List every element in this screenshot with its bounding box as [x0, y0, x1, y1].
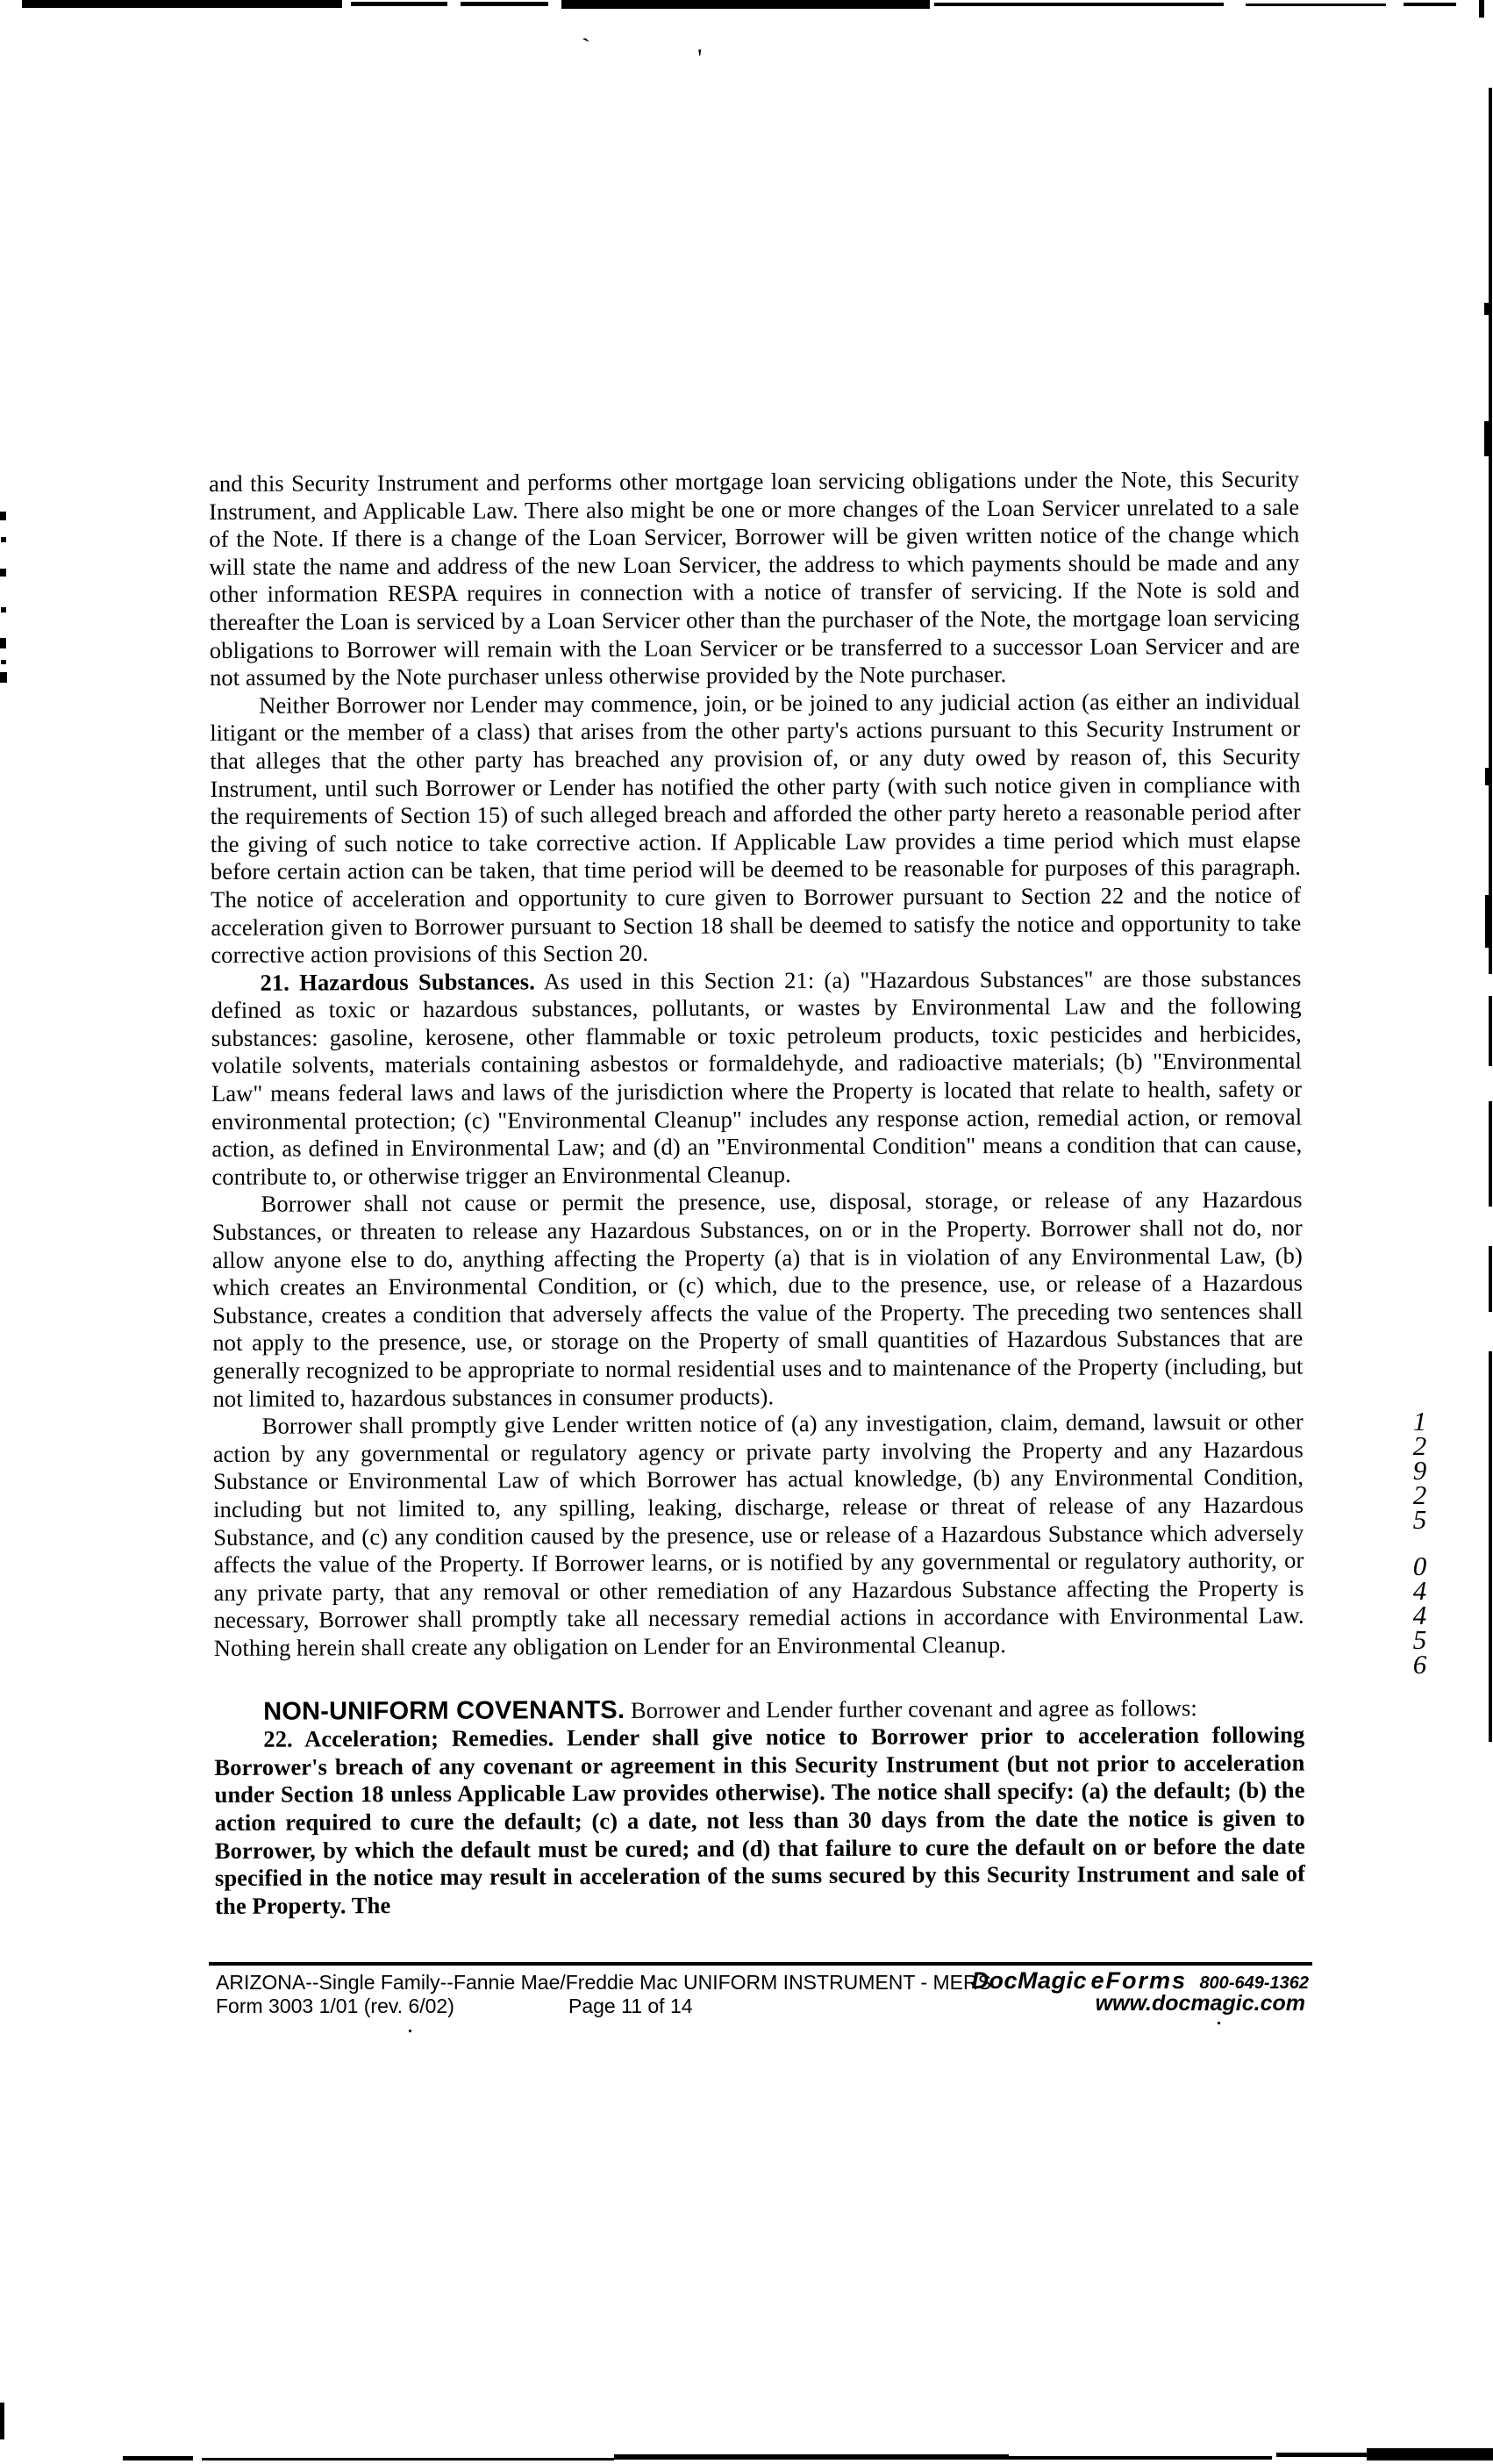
stray-mark: ': [697, 44, 702, 74]
stray-mark: `: [581, 32, 596, 63]
scan-artifact-right-edge: [1485, 895, 1490, 948]
scan-speck: [1218, 2022, 1220, 2024]
body-paragraph-section-22: 22. Acceleration; Remedies. Lender shall…: [214, 1722, 1305, 1921]
recording-stamp-number: 04456: [1400, 1551, 1439, 1673]
paragraph-text: Borrower shall not cause or permit the p…: [212, 1186, 1304, 1412]
docmagic-logo: DocMagic: [971, 1967, 1087, 1994]
body-paragraph-section-21: 21. Hazardous Substances. As used in thi…: [211, 964, 1302, 1191]
scan-artifact-top-bar: [1246, 4, 1386, 6]
scan-artifact-top-bar: [561, 0, 930, 9]
document-body: and this Security Instrument and perform…: [209, 466, 1305, 1921]
scan-artifact-bottom-bar: [202, 2458, 614, 2460]
scan-artifact-top-bar: [1479, 0, 1484, 18]
scan-artifact-bottom-bar: [1276, 2453, 1368, 2457]
scan-artifact-bottom-left: [0, 2403, 4, 2439]
body-paragraph: Borrower shall not cause or permit the p…: [212, 1186, 1304, 1413]
scan-artifact-left-edge: [0, 569, 6, 577]
scan-artifact-left-edge: [0, 672, 7, 683]
scan-artifact-right-edge: [1484, 421, 1489, 456]
scan-artifact-right-edge: [1489, 88, 1492, 974]
scan-artifact-bottom-bar: [123, 2456, 193, 2460]
scan-artifact-left-edge: [1, 607, 6, 612]
body-paragraph: Borrower shall promptly give Lender writ…: [213, 1408, 1304, 1663]
scan-artifact-bottom-bar: [614, 2454, 1009, 2460]
scan-artifact-top-bar: [934, 3, 1224, 6]
scan-artifact-top-bar: [351, 2, 447, 6]
scan-artifact-right-edge: [1489, 1246, 1492, 1312]
paragraph-text: As used in this Section 21: (a) "Hazardo…: [211, 964, 1303, 1190]
paragraph-text: and this Security Instrument and perform…: [209, 466, 1300, 691]
footer-divider: [209, 1962, 1312, 1966]
docmagic-phone: 800-649-1362: [1199, 1973, 1309, 1993]
scan-artifact-right-edge: [1485, 768, 1490, 785]
non-uniform-covenants-heading: NON-UNIFORM COVENANTS.: [263, 1695, 625, 1725]
recording-stamp: 12925 04456: [1400, 1406, 1439, 1673]
paragraph-text: Borrower shall promptly give Lender writ…: [213, 1408, 1304, 1661]
scan-artifact-left-edge: [1, 537, 6, 542]
scan-artifact-top-bar: [1404, 3, 1456, 6]
paragraph-text: Borrower and Lender further covenant and…: [625, 1694, 1197, 1723]
scan-artifact-right-edge: [1489, 1351, 1492, 1742]
footer-form-line: Form 3003 1/01 (rev. 6/02): [216, 1995, 454, 2018]
footer-instrument-line: ARIZONA--Single Family--Fannie Mae/Fredd…: [216, 1971, 991, 1995]
scan-artifact-left-edge: [0, 512, 6, 520]
scan-artifact-right-edge: [1484, 303, 1489, 315]
paragraph-text: Neither Borrower nor Lender may commence…: [210, 687, 1301, 968]
footer-page-indicator: Page 11 of 14: [568, 1995, 693, 2018]
section-21-heading: 21. Hazardous Substances.: [260, 968, 534, 995]
scan-speck: [409, 2030, 411, 2032]
docmagic-eforms-logo: eForms: [1090, 1967, 1187, 1994]
scan-artifact-top-bar: [461, 2, 548, 6]
body-paragraph: and this Security Instrument and perform…: [209, 466, 1300, 692]
scan-artifact-bottom-bar: [1009, 2456, 1272, 2460]
scan-artifact-left-edge: [0, 638, 6, 648]
section-22-heading: 22. Acceleration; Remedies.: [263, 1724, 554, 1751]
scanned-document-page: ` ' and this Security Instrument and per…: [0, 0, 1493, 2464]
scan-artifact-right-edge: [1489, 1101, 1492, 1207]
scan-artifact-top-bar: [22, 0, 342, 8]
body-paragraph: Neither Borrower nor Lender may commence…: [210, 687, 1301, 969]
scan-artifact-left-edge: [1, 660, 6, 664]
scan-artifact-right-edge: [1489, 996, 1492, 1066]
scan-artifact-bottom-bar: [1367, 2448, 1493, 2460]
recording-stamp-number: 12925: [1400, 1406, 1439, 1529]
docmagic-website: www.docmagic.com: [1096, 1991, 1305, 2016]
